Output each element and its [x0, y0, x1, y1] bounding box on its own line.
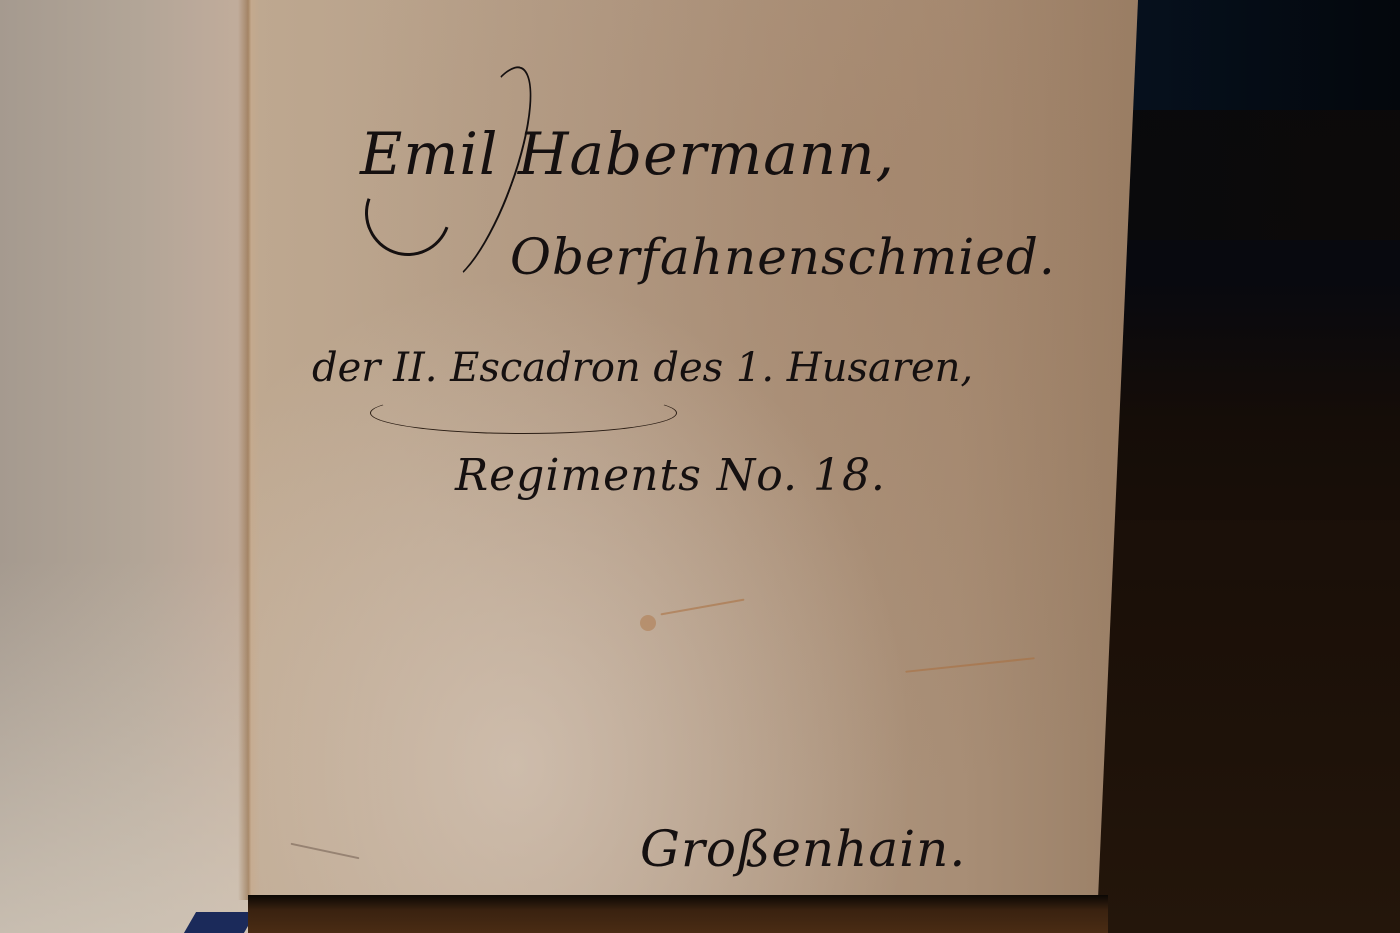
- inscription-name: Emil Habermann,: [360, 120, 895, 188]
- inscription-place: Großenhain.: [640, 820, 966, 878]
- dark-background-shelf: [1100, 110, 1400, 240]
- escadron-flourish: [370, 392, 677, 434]
- dark-background-table: [1100, 520, 1400, 580]
- table-surface: [248, 895, 1108, 933]
- book-photo: Emil Habermann, Oberfahnenschmied. der I…: [0, 0, 1400, 933]
- inscription-rank: Oberfahnenschmied.: [510, 228, 1056, 286]
- inscription-unit: der II. Escadron des 1. Husaren,: [312, 345, 973, 391]
- left-flyleaf-highlight: [0, 560, 248, 933]
- inscription-regiment: Regiments No. 18.: [455, 450, 886, 501]
- dark-background: [1100, 0, 1400, 110]
- foxing-spot: [640, 615, 656, 631]
- blue-book-cover-edge: [184, 912, 256, 933]
- book-gutter: [238, 0, 260, 900]
